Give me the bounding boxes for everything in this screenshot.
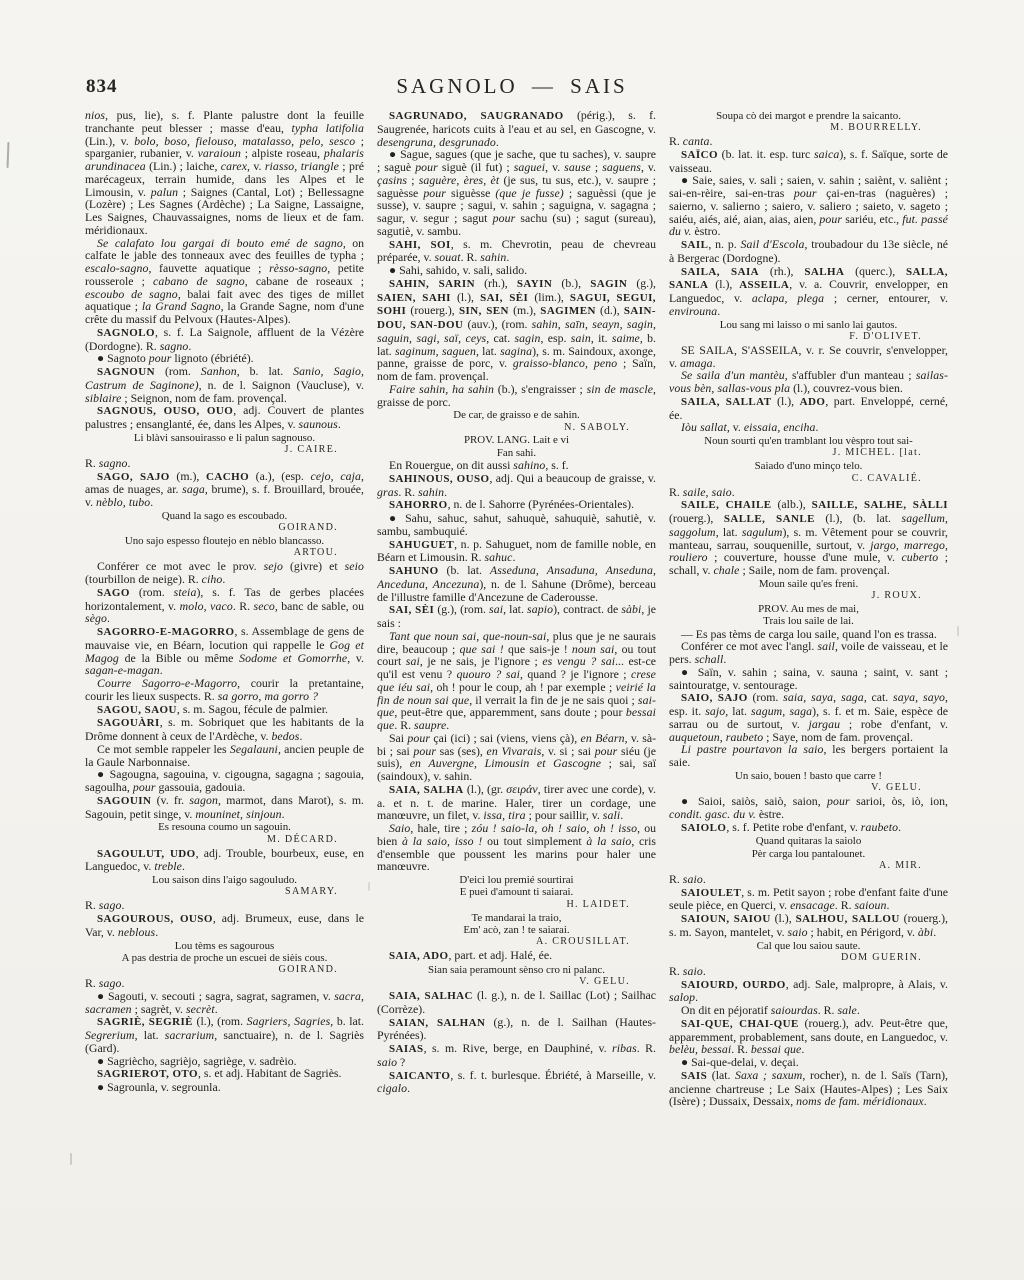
citation-author: J. CAIRE. <box>85 444 364 456</box>
entry-paragraph: SAGRUNADO, SAUGRANADO (périg.), s. f. Sa… <box>377 109 656 148</box>
entry-paragraph: SAGNOUS, OUSO, OUO, adj. Couvert de plan… <box>85 404 364 431</box>
paragraph: Se calafato lou gargai di bouto emé de s… <box>85 237 364 326</box>
entry-paragraph: SAIO, SAJO (rom. saia, saya, saga, cat. … <box>669 691 948 743</box>
paragraph: Sai pour çai (ici) ; sai (viens, viens ç… <box>377 732 656 783</box>
verse-citation: PROV. Au mes de mai,Trais lou saile de l… <box>669 603 948 628</box>
cross-reference-paragraph: ● Sague, sagues (que je sache, que tu sa… <box>377 148 656 237</box>
verse-citation: Soupa cò dei margot e prendre la saicant… <box>669 110 948 122</box>
paragraph: SE SAILA, S'ASSEILA, v. r. Se couvrir, s… <box>669 344 948 370</box>
entry-paragraph: SAGOU, SAOU, s. m. Sagou, fécule de palm… <box>85 703 364 717</box>
scanned-dictionary-page: { "page": { "number": "834", "running_he… <box>0 0 1024 1280</box>
entry-paragraph: SAGO, SAJO (m.), CACHO (a.), (esp. cejo,… <box>85 470 364 509</box>
paragraph: Courre Sagorro-e-Magorro, courir la pret… <box>85 677 364 703</box>
citation-author: M. DÉCARD. <box>85 834 364 846</box>
cross-reference-paragraph: ● Sahi, sahido, v. sali, salido. <box>377 264 656 277</box>
paragraph: Ce mot semble rappeler les Segalauni, an… <box>85 743 364 769</box>
entry-paragraph: SAI, SÈI (g.), (rom. sai, lat. sapio), c… <box>377 603 656 630</box>
citation-author: C. CAVALIÉ. <box>669 473 948 485</box>
entry-paragraph: SAGOULUT, UDO, adj. Trouble, bourbeux, e… <box>85 847 364 874</box>
verse-citation: Te mandarai la traio,Em' acò, zan ! te s… <box>377 912 656 937</box>
entry-paragraph: SAGOUÀRI, s. m. Sobriquet que les habita… <box>85 716 364 743</box>
entry-paragraph: SAIL, n. p. Sail d'Escola, troubadour du… <box>669 238 948 265</box>
paragraph: Tant que noun sai, que-noun-sai, plus qu… <box>377 630 656 732</box>
cross-reference-paragraph: ● Saioi, saiòs, saiò, saion, pour sarioi… <box>669 795 948 821</box>
entry-paragraph: SAHUGUET, n. p. Sahuguet, nom de famille… <box>377 538 656 565</box>
scan-artifact <box>368 882 370 891</box>
page: 834 SAGNOLO — SAIS nios, pus, lie), s. f… <box>0 0 1024 1280</box>
scan-artifact <box>70 1153 72 1165</box>
entry-paragraph: SAÏCO (b. lat. it. esp. turc saica), s. … <box>669 148 948 175</box>
entry-paragraph: SAILE, CHAILE (alb.), SAILLE, SALHE, SÀL… <box>669 498 948 577</box>
verse-citation: Lou sang mi laisso o mi sanlo lai gautos… <box>669 319 948 331</box>
verse-citation: Un saio, bouen ! basto que carre ! <box>669 770 948 782</box>
verse-citation: Noun sourti qu'en tramblant lou vèspro t… <box>669 435 948 447</box>
column-1: nios, pus, lie), s. f. Plante palustre d… <box>85 109 364 1244</box>
citation-author: H. LAIDET. <box>377 899 656 911</box>
etymology-reference: R. sago. <box>85 977 364 990</box>
entry-paragraph: SAGORRO-E-MAGORRO, s. Assemblage de gens… <box>85 625 364 677</box>
verse-citation: Lou tèms es sagourousA pas destria de pr… <box>85 940 364 965</box>
entry-paragraph: SAGRIEROT, OTO, s. et adj. Habitant de S… <box>85 1067 364 1081</box>
entry-paragraph: SAIAS, s. m. Rive, berge, en Dauphiné, v… <box>377 1042 656 1069</box>
entry-paragraph: SAIOUN, SAIOU (l.), SALHOU, SALLOU (roue… <box>669 912 948 939</box>
entry-paragraph: SAIOULET, s. m. Petit sayon ; robe d'enf… <box>669 886 948 913</box>
verse-citation: Cal que lou saiou saute. <box>669 940 948 952</box>
entry-paragraph: SAHI, SOI, s. m. Chevrotin, peau de chev… <box>377 238 656 265</box>
etymology-reference: R. saio. <box>669 965 948 978</box>
etymology-reference: R. saio. <box>669 873 948 886</box>
citation-author: A. MIR. <box>669 860 948 872</box>
citation-author: J. ROUX. <box>669 590 948 602</box>
citation-author: DOM GUERIN. <box>669 952 948 964</box>
verse-citation: Quand la sago es escoubado. <box>85 510 364 522</box>
entry-paragraph: SAHUNO (b. lat. Asseduna, Ansaduna, Anse… <box>377 564 656 603</box>
entry-paragraph: SAIA, ADO, part. et adj. Halé, ée. <box>377 949 656 963</box>
entry-paragraph: SAIAN, SALHAN (g.), n. de l. Sailhan (Ha… <box>377 1016 656 1043</box>
paragraph: Faire sahin, ha sahin (b.), s'engraisser… <box>377 383 656 409</box>
entry-paragraph: SAICANTO, s. f. t. burlesque. Ébriété, à… <box>377 1069 656 1096</box>
cross-reference-paragraph: ● Sagougna, sagouina, v. cigougna, sagag… <box>85 768 364 794</box>
paragraph: En Rouergue, on dit aussi sahino, s. f. <box>377 459 656 472</box>
verse-citation: Es resouna coumo un sagouin. <box>85 821 364 833</box>
paragraph: On dit en péjoratif saiourdas. R. sale. <box>669 1004 948 1017</box>
paragraph: Li pastre pourtavon la saio, les bergers… <box>669 743 948 769</box>
entry-paragraph: SAHORRO, n. de l. Sahorre (Pyrénées-Orie… <box>377 498 656 512</box>
paragraph: Conférer ce mot avec l'angl. sail, voile… <box>669 640 948 666</box>
verse-citation: Lou saison dins l'aigo sagouludo. <box>85 874 364 886</box>
citation-author: V. GELU. <box>669 782 948 794</box>
citation-author: ARTOU. <box>85 547 364 559</box>
cross-reference-paragraph: ● Sahu, sahuc, sahut, sahuquè, sahuquiè,… <box>377 512 656 538</box>
entry-paragraph: SAILA, SAIA (rh.), SALHA (querc.), SALLA… <box>669 265 948 318</box>
entry-paragraph: SAGNOLO, s. f. La Saignole, affluent de … <box>85 326 364 353</box>
running-head: SAGNOLO — SAIS <box>0 74 1024 99</box>
entry-paragraph: SAGO (rom. steia), s. f. Tas de gerbes p… <box>85 586 364 625</box>
cross-reference-paragraph: ● Saïn, v. sahin ; saina, v. sauna ; sai… <box>669 666 948 692</box>
verse-citation: De car, de graisso e de sahin. <box>377 409 656 421</box>
citation-author: V. GELU. <box>377 976 656 988</box>
paragraph: Saio, hale, tire ; zóu ! saio-la, oh ! s… <box>377 822 656 873</box>
text-columns: nios, pus, lie), s. f. Plante palustre d… <box>85 109 948 1244</box>
entry-paragraph: SAGOUIN (v. fr. sagon, marmot, dans Maro… <box>85 794 364 821</box>
cross-reference-paragraph: ● Sagouti, v. secouti ; sagra, sagrat, s… <box>85 990 364 1016</box>
entry-paragraph: SAI-QUE, CHAI-QUE (rouerg.), adv. Peut-ê… <box>669 1017 948 1056</box>
scan-artifact <box>957 626 959 636</box>
entry-paragraph: SAILA, SALLAT (l.), ADO, part. Enveloppé… <box>669 395 948 422</box>
citation-author: GOIRAND. <box>85 964 364 976</box>
continuation-paragraph: nios, pus, lie), s. f. Plante palustre d… <box>85 109 364 237</box>
citation-author: N. SABOLY. <box>377 422 656 434</box>
citation-author: M. BOURRELLY. <box>669 122 948 134</box>
verse-citation: D'eici lou premié sourtiraiE puei d'amou… <box>377 874 656 899</box>
citation-author: F. D'OLIVET. <box>669 331 948 343</box>
entry-paragraph: SAIA, SALHA (l.), (gr. σειράν, tirer ave… <box>377 783 656 822</box>
citation-author: J. MICHEL. [lat. <box>669 447 948 459</box>
verse-citation: Saiado d'uno minço telo. <box>669 460 948 472</box>
verse-citation: Quand quitaras la saioloPèr carga lou pa… <box>669 835 948 860</box>
entry-paragraph: SAHIN, SARIN (rh.), SAYIN (b.), SAGIN (g… <box>377 277 656 383</box>
cross-reference-paragraph: ● Sagrounla, v. segrounla. <box>85 1081 364 1094</box>
verse-citation: Sian saia peramount sènso cro ni palanc. <box>377 964 656 976</box>
cross-reference-paragraph: ● Saie, saies, v. sali ; saien, v. sahin… <box>669 174 948 238</box>
entry-paragraph: SAHINOUS, OUSO, adj. Qui a beaucoup de g… <box>377 472 656 499</box>
entry-paragraph: SAIOLO, s. f. Petite robe d'enfant, v. r… <box>669 821 948 835</box>
verse-citation: PROV. LANG. Lait e viFan sahi. <box>377 434 656 459</box>
entry-paragraph: SAIS (lat. Saxa ; saxum, rocher), n. de … <box>669 1069 948 1108</box>
paragraph: Iòu sallat, v. eissaia, enciha. <box>669 421 948 434</box>
citation-author: SAMARY. <box>85 886 364 898</box>
scan-artifact <box>7 142 10 168</box>
column-3: Soupa cò dei margot e prendre la saicant… <box>669 109 948 1244</box>
entry-paragraph: SAIOURD, OURDO, adj. Sale, malpropre, à … <box>669 978 948 1005</box>
citation-author: GOIRAND. <box>85 522 364 534</box>
verse-citation: Moun saile qu'es freni. <box>669 578 948 590</box>
entry-paragraph: SAGRIÈ, SEGRIÈ (l.), (rom. Sagriers, Sag… <box>85 1015 364 1054</box>
citation-author: A. CROUSILLAT. <box>377 936 656 948</box>
paragraph: Conférer ce mot avec le prov. sejo (givr… <box>85 560 364 586</box>
verse-citation: Li blàvi sansouirasso e li palun sagnous… <box>85 432 364 444</box>
entry-paragraph: SAIA, SALHAC (l. g.), n. de l. Saillac (… <box>377 989 656 1016</box>
cross-reference-paragraph: ● Sai-que-delai, v. deçai. <box>669 1056 948 1069</box>
entry-paragraph: SAGNOUN (rom. Sanhon, b. lat. Sanio, Sag… <box>85 365 364 404</box>
entry-paragraph: SAGOUROUS, OUSO, adj. Brumeux, euse, dan… <box>85 912 364 939</box>
verse-citation: Uno sajo espesso floutejo en nèblo blanc… <box>85 535 364 547</box>
column-2: SAGRUNADO, SAUGRANADO (périg.), s. f. Sa… <box>377 109 656 1244</box>
paragraph: Se saila d'un mantèu, s'affubler d'un ma… <box>669 369 948 395</box>
